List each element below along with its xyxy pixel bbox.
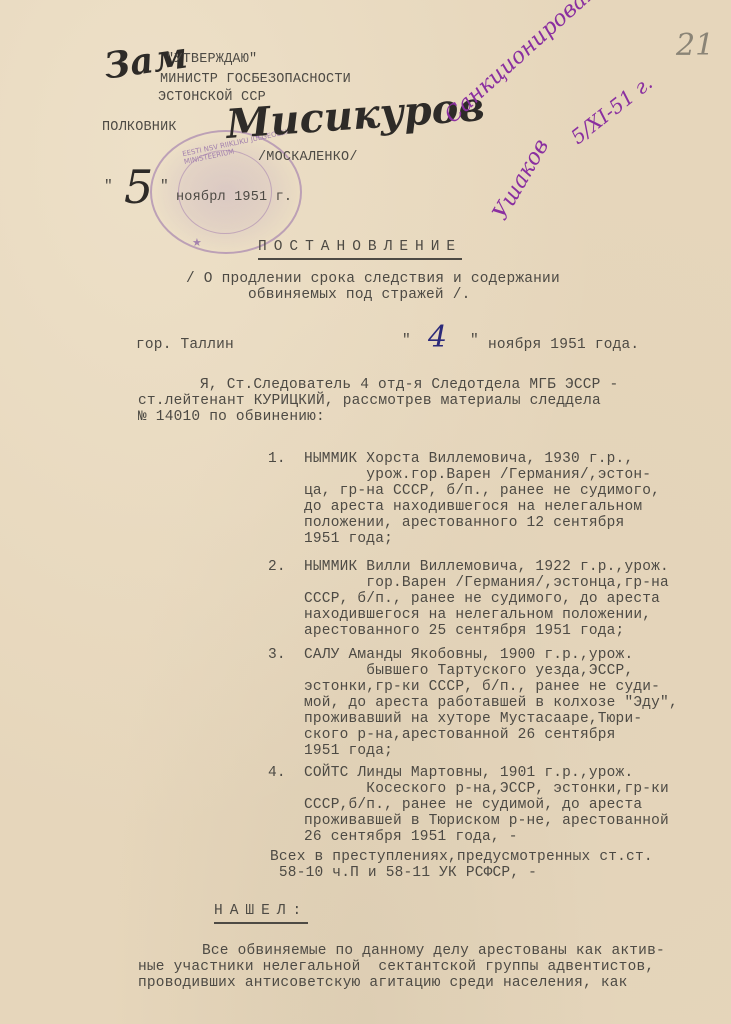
subtitle-line2: обвиняемых под стражей /. [248,288,471,304]
accused-line: до ареста находившегося на нелегальном [304,500,642,516]
approval-date-close-quote: " [160,180,169,196]
sanction-note-text: Санкционировал [440,0,603,129]
approval-date-rest: ноябрл 1951 г. [176,190,292,206]
accused-line: ца, гр-на СССР, б/п., ранее не судимого, [304,484,660,500]
accused-line: гор.Варен /Германия/,эстонца,гр-на [304,576,669,592]
approval-date-open-quote: " [104,180,113,196]
found-text-line3: проводивших антисоветскую агитацию среди… [138,976,628,992]
approved-label: "УТВЕРЖДАЮ" [166,52,257,68]
seal-star-icon: ★ [192,236,202,249]
date-close-quote: " [470,334,479,350]
accused-line: арестованного 25 сентября 1951 года; [304,624,624,640]
document-title: ПОСТАНОВЛЕНИЕ [258,240,462,260]
approval-date-day-handwritten: 5 [124,160,153,214]
place: гор. Таллин [136,338,234,354]
found-text-line1: Все обвиняемые по данному делу арестован… [202,944,665,960]
accused-line: 26 сентября 1951 года, - [304,830,518,846]
accused-number: 4. [268,766,286,782]
charges-line1: Всех в преступлениях,предусмотренных ст.… [270,850,653,866]
accused-number: 1. [268,452,286,468]
approver-name: /МОСКАЛЕНКО/ [258,150,358,166]
date-day-handwritten: 4 [428,320,447,355]
document-page: 21 EESTI NSV RIIKLIKU JULGEOLEKU MINISTE… [0,0,731,1024]
date-rest: ноября 1951 года. [488,338,639,354]
accused-number: 3. [268,648,286,664]
intro-line3: № 14010 по обвинению: [138,410,325,426]
found-heading: НАШЕЛ: [214,904,308,924]
accused-line: бывшего Тартуского уезда,ЭССР, [304,664,633,680]
accused-line: эстонки,гр-ки СССР, б/п., ранее не суди- [304,680,660,696]
charges-line2: 58-10 ч.П и 58-11 УК РСФСР, - [270,866,537,882]
accused-line: НЫММИК Вилли Виллемовича, 1922 г.р.,урож… [304,560,669,576]
page-number-pencil: 21 [676,28,714,63]
sanction-note-date: 5/XI-51 г. [566,71,657,149]
accused-line: урож.гор.Варен /Германия/,эстон- [304,468,651,484]
accused-line: находившегося на нелегальном положении, [304,608,651,624]
subtitle-line1: / О продлении срока следствия и содержан… [186,272,560,288]
accused-line: ского р-на,арестованной 26 сентября [304,728,616,744]
intro-line2: ст.лейтенант КУРИЦКИЙ, рассмотрев матери… [138,394,601,410]
approver-title-line1: МИНИСТР ГОСБЕЗОПАСНОСТИ [160,72,351,88]
accused-number: 2. [268,560,286,576]
accused-line: САЛУ Аманды Якобовны, 1900 г.р.,урож. [304,648,633,664]
accused-line: Косеского р-на,ЭССР, эстонки,гр-ки [304,782,669,798]
date-open-quote: " [402,334,411,350]
accused-line: СССР,б/п., ранее не судимой, до ареста [304,798,642,814]
intro-line1: Я, Ст.Следователь 4 отд-я Следотдела МГБ… [200,378,618,394]
accused-line: СССР, б/п., ранее не судимого, до ареста [304,592,660,608]
accused-line: 1951 года; [304,744,393,760]
accused-line: проживавшей в Тюриском р-не, арестованно… [304,814,669,830]
accused-line: НЫММИК Хорста Виллемовича, 1930 г.р., [304,452,633,468]
accused-line: мой, до ареста работавшей в колхозе "Эду… [304,696,678,712]
accused-line: положении, арестованного 12 сентября [304,516,624,532]
accused-line: проживавший на хуторе Мустасааре,Тюри- [304,712,642,728]
approver-rank: ПОЛКОВНИК [102,120,177,136]
accused-line: СОЙТС Линды Мартовны, 1901 г.р.,урож. [304,766,633,782]
found-text-line2: ные участники нелегальной сектантской гр… [138,960,654,976]
sanction-note-signer: Ушаков [488,135,554,225]
accused-line: 1951 года; [304,532,393,548]
